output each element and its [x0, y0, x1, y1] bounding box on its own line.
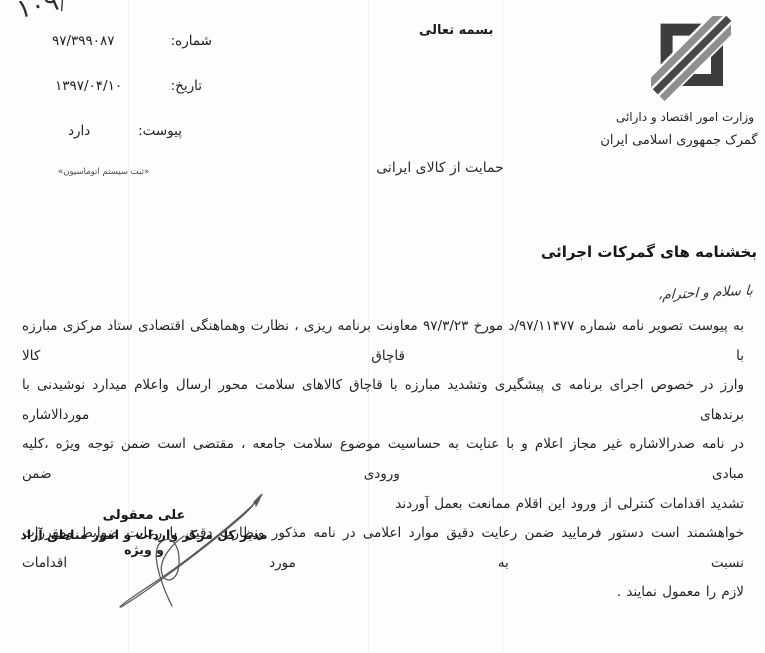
handwritten-signature: [88, 486, 273, 630]
letter-number-value: ۹۷/۳۹۹۰۸۷: [52, 33, 115, 49]
body-line: به پیوست تصویر نامه شماره ۹۷/۱۱۴۷۷/د مور…: [22, 312, 744, 371]
automation-system-note: «ثبت سیستم اتوماسیون»: [58, 167, 149, 177]
letter-date-row: تاریخ: ۱۳۹۷/۰۴/۱۰: [55, 78, 202, 94]
body-line: در نامه صدرالاشاره غیر مجاز اعلام و با ع…: [22, 430, 744, 489]
year-slogan: حمایت از کالای ایرانی: [340, 160, 540, 176]
attachment-value: دارد: [68, 123, 90, 139]
handwritten-salutation: با سلام و احترام،: [658, 282, 754, 303]
letter-number-label: شماره:: [171, 33, 212, 49]
recipient-heading: بخشنامه های گمرکات اجرائی: [541, 243, 757, 261]
attachment-label: پیوست:: [138, 123, 182, 139]
attachment-row: پیوست: دارد: [68, 123, 182, 139]
handwritten-archive-number: ۱۰۹/: [14, 0, 70, 25]
ministry-name: وزارت امور اقتصاد و دارائی: [610, 110, 760, 124]
letter-number-row: شماره: ۹۷/۳۹۹۰۸۷: [52, 33, 212, 49]
letter-date-value: ۱۳۹۷/۰۴/۱۰: [55, 78, 122, 94]
body-line: وارز در خصوص اجرای برنامه ی پیشگیری وتشد…: [22, 371, 744, 430]
scanned-letter-page: ۱۰۹/ شماره: ۹۷/۳۹۹۰۸۷ تاریخ: ۱۳۹۷/۰۴/۱۰ …: [0, 0, 765, 653]
customs-logo-icon: [651, 16, 731, 112]
organization-name: گمرک جمهوری اسلامی ایران: [593, 133, 765, 148]
letter-date-label: تاریخ:: [171, 78, 202, 94]
basmala-text: بسمه تعالی: [419, 23, 493, 38]
